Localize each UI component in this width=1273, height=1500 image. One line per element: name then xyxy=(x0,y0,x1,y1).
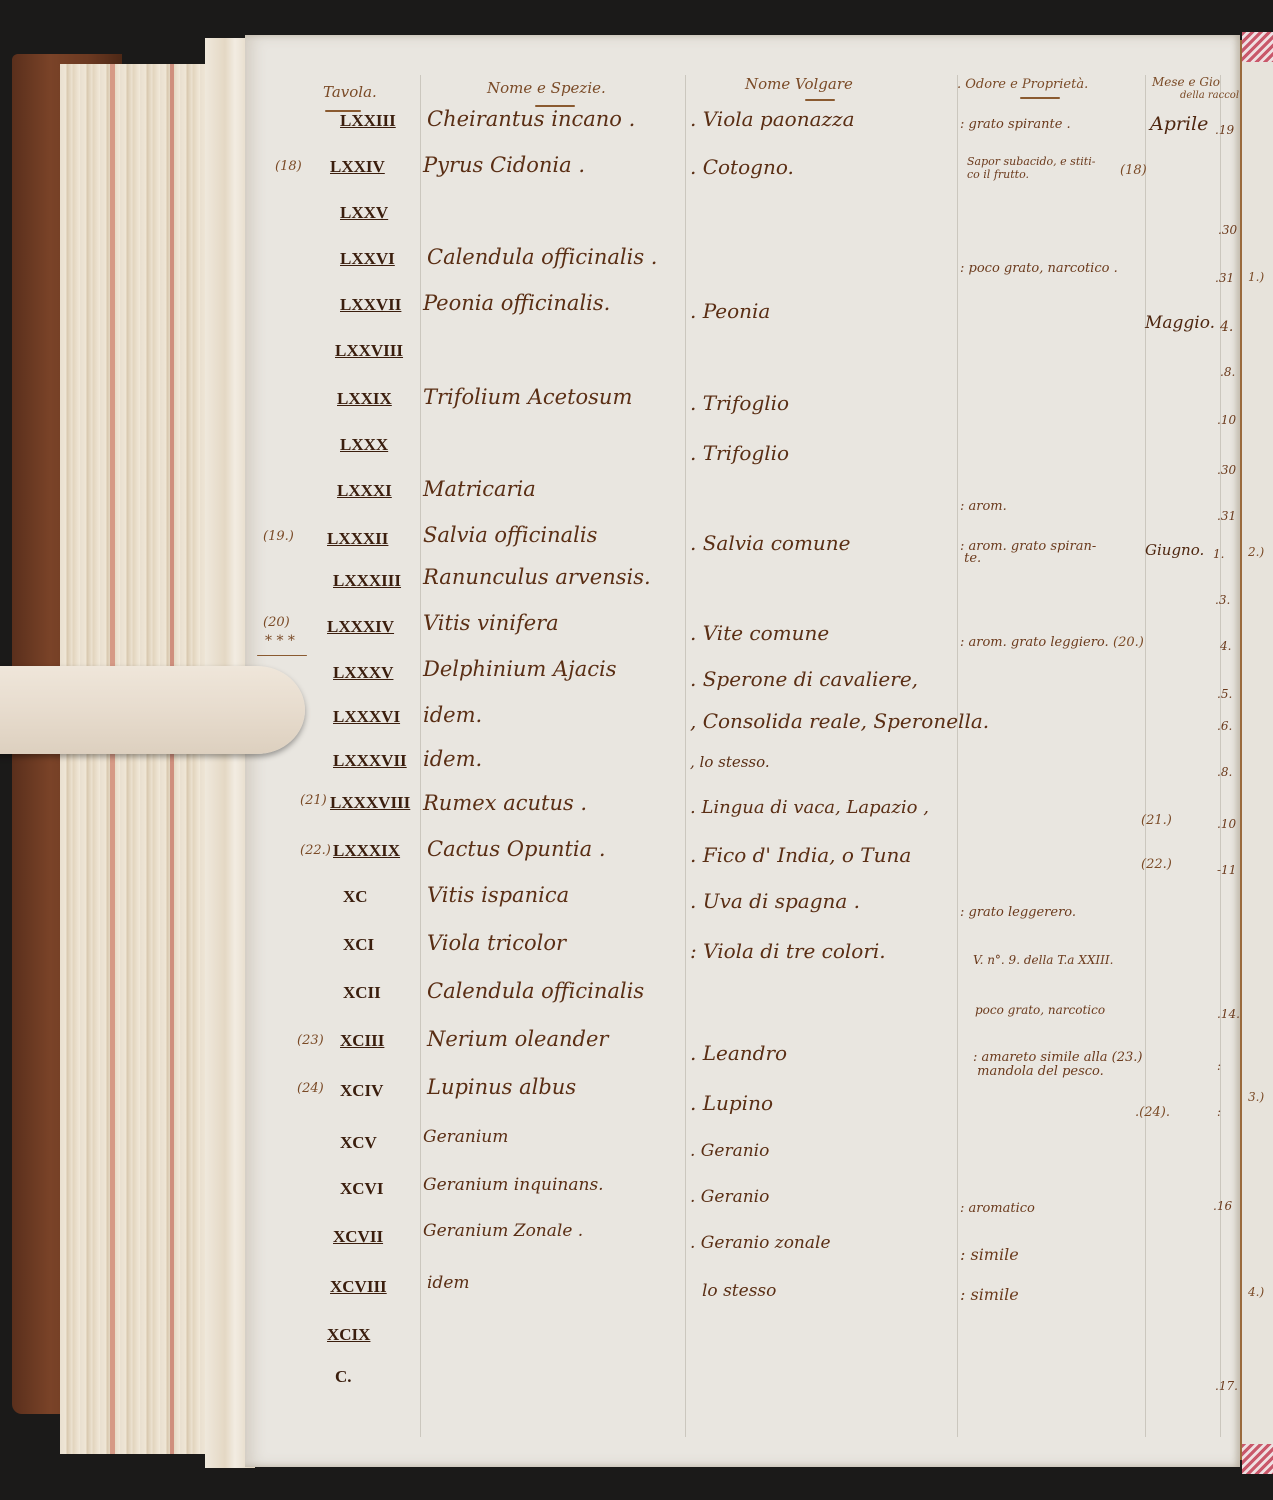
plate-number: LXXV xyxy=(340,203,388,223)
vulgar-name: , lo stesso. xyxy=(690,753,770,771)
margin-note: (19.) xyxy=(263,529,294,544)
month: Aprile xyxy=(1150,113,1208,135)
header-nome-specie: Nome e Spezie. xyxy=(487,79,606,97)
vulgar-name: . Vite comune xyxy=(690,621,829,645)
property: : grato leggerero. xyxy=(960,905,1076,920)
property-note: (20.) xyxy=(1113,635,1144,650)
day: .8. xyxy=(1217,765,1232,779)
plate-number: LXXXIV xyxy=(327,617,394,637)
scientific-name: idem. xyxy=(423,747,482,771)
day: .17. xyxy=(1215,1379,1238,1393)
plate-number: LXXXIX xyxy=(333,841,400,861)
vulgar-name: . Cotogno. xyxy=(690,155,794,179)
scientific-name: Geranium inquinans. xyxy=(423,1175,604,1195)
header-tavola: Tavola. xyxy=(323,83,377,101)
column-rule xyxy=(1145,75,1146,1437)
facing-note: 3.) xyxy=(1248,1090,1264,1104)
property: : simile xyxy=(960,1285,1019,1304)
day: .16 xyxy=(1213,1199,1232,1213)
plate-number: LXXXVII xyxy=(333,751,407,771)
plate-number: C. xyxy=(335,1367,352,1387)
margin-note: (22.) xyxy=(300,843,331,858)
vulgar-name: . Peonia xyxy=(690,299,770,323)
facing-page: 1.) 2.) 3.) 4.) xyxy=(1240,40,1273,1460)
scientific-name: Matricaria xyxy=(423,477,536,501)
plate-number: XCI xyxy=(343,935,374,955)
scientific-name: Calendula officinalis . xyxy=(427,245,657,269)
property-note: .(24). xyxy=(1135,1105,1170,1120)
day: .6. xyxy=(1217,719,1232,733)
vulgar-name: . Trifoglio xyxy=(690,441,789,465)
asterisk-mark: * * * xyxy=(265,633,295,649)
property-note: (18) xyxy=(1120,163,1147,178)
header-mese-sub: della raccol xyxy=(1180,90,1239,101)
header-underline xyxy=(1020,97,1060,99)
scientific-name: Vitis ispanica xyxy=(427,883,569,907)
property: Sapor subacido, e stiti- co il frutto. xyxy=(967,155,1095,181)
column-rule xyxy=(420,75,421,1437)
day: : xyxy=(1217,1059,1221,1073)
property: : amareto simile alla (23.) mandola del … xyxy=(973,1051,1143,1079)
scientific-name: Peonia officinalis. xyxy=(423,291,610,315)
scientific-name: Cactus Opuntia . xyxy=(427,837,606,861)
facing-note: 1.) xyxy=(1248,270,1264,284)
plate-number: XC xyxy=(343,887,368,907)
scientific-name: Geranium xyxy=(423,1127,508,1147)
margin-note: (24) xyxy=(297,1081,324,1096)
day: 4. xyxy=(1220,639,1231,653)
vulgar-name: . Sperone di cavaliere, xyxy=(690,667,918,691)
property: : arom. grato leggiero. xyxy=(960,635,1109,650)
asterisk-underline xyxy=(257,655,307,656)
vulgar-name: lo stesso xyxy=(702,1281,776,1301)
day: .10 xyxy=(1217,413,1236,427)
scientific-name: Viola tricolor xyxy=(427,931,566,955)
property: V. n°. 9. della T.a XXIII. xyxy=(973,953,1113,967)
day: .3. xyxy=(1215,593,1230,607)
property: : grato spirante . xyxy=(960,117,1071,132)
scientific-name: Pyrus Cidonia . xyxy=(423,153,585,177)
vulgar-name: : Viola di tre colori. xyxy=(690,939,886,963)
plate-number: LXXVI xyxy=(340,249,395,269)
day: .8. xyxy=(1220,365,1235,379)
plate-number: LXXIX xyxy=(337,389,392,409)
scientific-name: Nerium oleander xyxy=(427,1027,608,1051)
column-rule xyxy=(957,75,958,1437)
plate-number: LXXXV xyxy=(333,663,393,683)
margin-note: (23) xyxy=(297,1033,324,1048)
plate-number: LXXX xyxy=(340,435,388,455)
property: : arom. xyxy=(960,499,1007,514)
bone-folder xyxy=(0,666,305,754)
plate-number: LXXVIII xyxy=(335,341,403,361)
day: .31 xyxy=(1215,271,1234,285)
day: 4. xyxy=(1220,319,1233,335)
plate-number: XCVII xyxy=(333,1227,383,1247)
margin-note: (20) xyxy=(263,615,290,630)
plate-number: XCIII xyxy=(340,1031,384,1051)
vulgar-name: . Leandro xyxy=(690,1041,787,1065)
day: 1. xyxy=(1213,547,1224,561)
plate-number: LXXXIII xyxy=(333,571,401,591)
scientific-name: Ranunculus arvensis. xyxy=(423,565,651,589)
vulgar-name: . Geranio xyxy=(690,1141,769,1161)
plate-number: LXXIII xyxy=(340,111,396,131)
plate-number: LXXVII xyxy=(340,295,401,315)
day: .31 xyxy=(1217,509,1236,523)
day: .14. xyxy=(1217,1007,1240,1021)
property: poco grato, narcotico xyxy=(975,1003,1105,1017)
vulgar-name: , Consolida reale, Speronella. xyxy=(690,709,989,733)
plate-number: XCIV xyxy=(340,1081,383,1101)
margin-note: (18) xyxy=(275,159,302,174)
scientific-name: Delphinium Ajacis xyxy=(423,657,616,681)
day: -11 xyxy=(1217,863,1236,877)
plate-number: XCVIII xyxy=(330,1277,387,1297)
vulgar-name: . Salvia comune xyxy=(690,531,851,555)
property: : aromatico xyxy=(960,1201,1035,1216)
headband xyxy=(1242,32,1273,62)
vulgar-name: . Geranio xyxy=(690,1187,769,1207)
header-nome-volgare: Nome Volgare xyxy=(745,75,853,93)
property: : simile xyxy=(960,1245,1019,1264)
property-note: (22.) xyxy=(1141,857,1172,872)
day: .19 xyxy=(1215,123,1234,137)
plate-number: LXXXI xyxy=(337,481,392,501)
header-underline xyxy=(805,99,835,101)
manuscript-page: Tavola. Nome e Spezie. Nome Volgare . Od… xyxy=(245,35,1240,1467)
vulgar-name: . Uva di spagna . xyxy=(690,889,860,913)
day: : xyxy=(1217,1105,1221,1119)
scientific-name: idem xyxy=(427,1273,470,1293)
plate-number: LXXXII xyxy=(327,529,388,549)
scientific-name: Cheirantus incano . xyxy=(427,107,635,131)
margin-note: (21) xyxy=(300,793,327,808)
header-odore-proprieta: . Odore e Proprietà. xyxy=(957,77,1088,92)
day: .30 xyxy=(1217,463,1236,477)
vulgar-name: . Lupino xyxy=(690,1091,773,1115)
plate-number: XCIX xyxy=(327,1325,370,1345)
vulgar-name: . Trifoglio xyxy=(690,391,789,415)
vulgar-name: . Viola paonazza xyxy=(690,107,855,131)
scientific-name: Calendula officinalis xyxy=(427,979,644,1003)
header-mese: Mese e Gio xyxy=(1152,75,1220,89)
scientific-name: Lupinus albus xyxy=(427,1075,576,1099)
plate-number: LXXIV xyxy=(330,157,385,177)
month: Giugno. xyxy=(1145,541,1204,559)
vulgar-name: . Fico d' India, o Tuna xyxy=(690,843,911,867)
facing-note: 4.) xyxy=(1248,1285,1264,1299)
red-edge-stripe xyxy=(170,64,174,1454)
property-note: (21.) xyxy=(1141,813,1172,828)
day: .10 xyxy=(1217,817,1236,831)
property: : arom. grato spiran- te. xyxy=(960,541,1096,565)
month: Maggio. xyxy=(1145,313,1215,333)
vulgar-name: . Lingua di vaca, Lapazio , xyxy=(690,797,929,818)
scientific-name: Salvia officinalis xyxy=(423,523,597,547)
red-edge-stripe xyxy=(110,64,115,1454)
facing-note: 2.) xyxy=(1248,545,1264,559)
day: .5. xyxy=(1217,687,1232,701)
vulgar-name: . Geranio zonale xyxy=(690,1233,831,1253)
column-rule xyxy=(685,75,686,1437)
plate-number: LXXXVI xyxy=(333,707,400,727)
headband xyxy=(1242,1444,1273,1474)
scientific-name: Rumex acutus . xyxy=(423,791,587,815)
plate-number: XCV xyxy=(340,1133,377,1153)
plate-number: LXXXVIII xyxy=(330,793,410,813)
scientific-name: idem. xyxy=(423,703,482,727)
plate-number: XCII xyxy=(343,983,381,1003)
scientific-name: Geranium Zonale . xyxy=(423,1221,583,1241)
day: .30 xyxy=(1218,223,1237,237)
plate-number: XCVI xyxy=(340,1179,383,1199)
scientific-name: Vitis vinifera xyxy=(423,611,559,635)
property: : poco grato, narcotico . xyxy=(960,261,1118,276)
scientific-name: Trifolium Acetosum xyxy=(423,385,632,409)
